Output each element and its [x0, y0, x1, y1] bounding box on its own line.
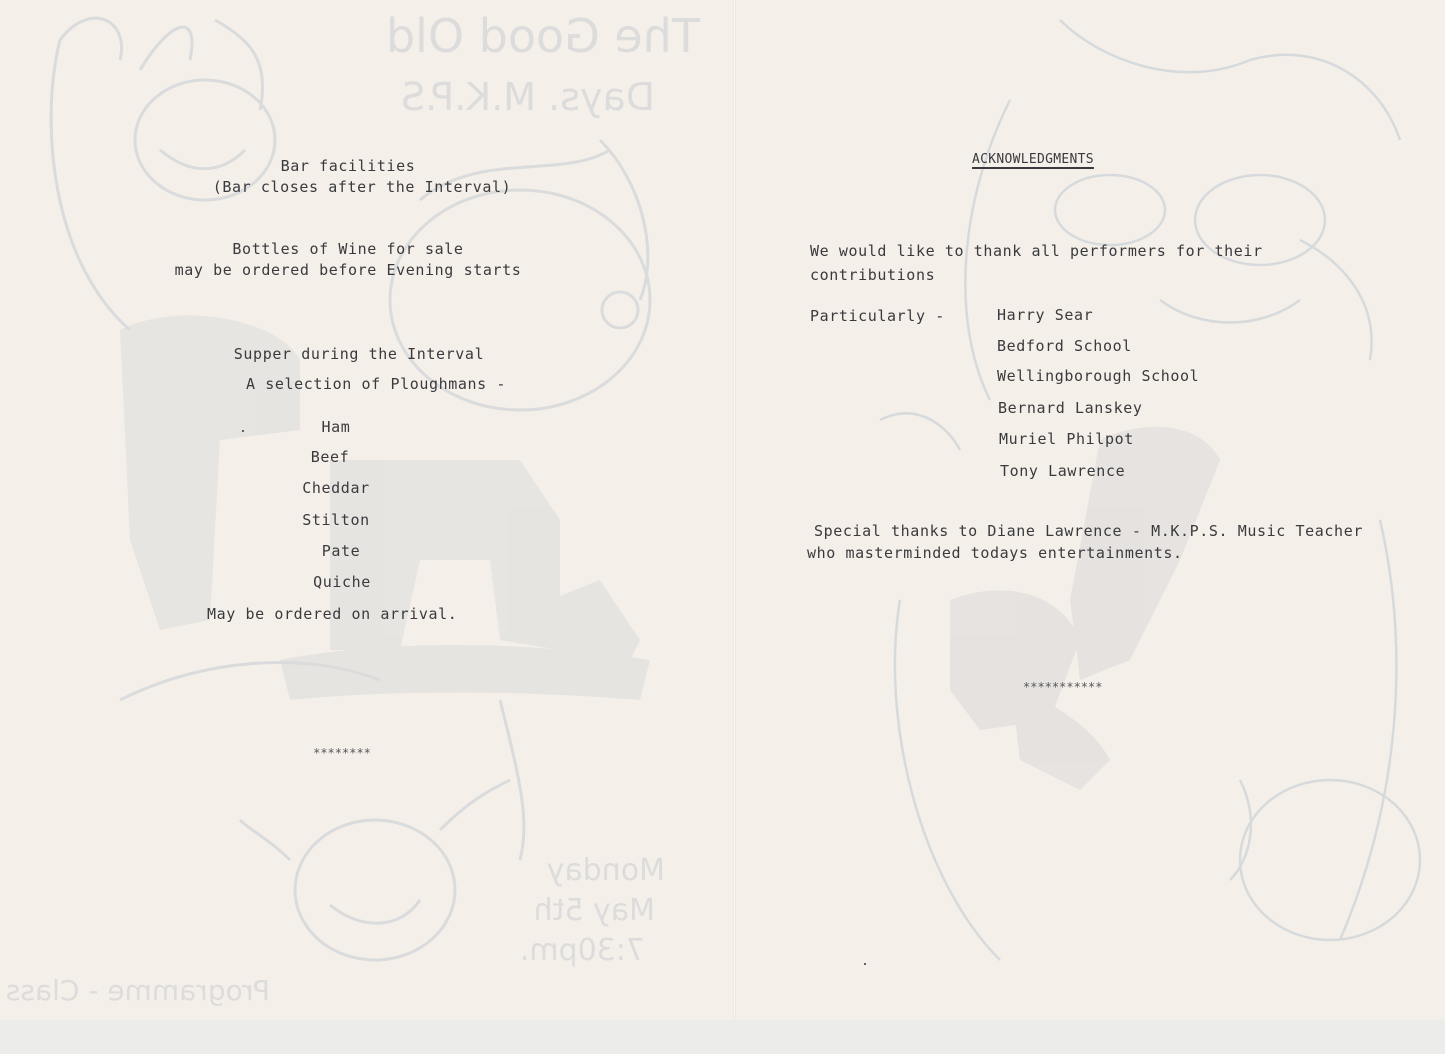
particularly-label: Particularly -	[810, 306, 945, 326]
performer-item: Wellingborough School	[997, 366, 1199, 386]
performer-item: Muriel Philpot	[999, 429, 1134, 449]
ink-speck	[242, 430, 244, 432]
intro-line-2: contributions	[810, 265, 935, 285]
performer-item: Tony Lawrence	[1000, 461, 1125, 481]
programme-sheet: The Good Old Days. M.K.P.S Monday May 5t…	[0, 0, 1445, 1020]
wine-line-2: may be ordered before Evening starts	[175, 260, 522, 280]
supper-item: Pate	[322, 541, 361, 561]
acknowledgments-heading: ACKNOWLEDGMENTS	[972, 150, 1094, 170]
special-thanks-line-1: Special thanks to Diane Lawrence - M.K.P…	[814, 521, 1363, 541]
wine-line-1: Bottles of Wine for sale	[232, 239, 463, 259]
right-page: ACKNOWLEDGMENTS We would like to thank a…	[736, 0, 1445, 1020]
performer-item: Bedford School	[997, 336, 1132, 356]
ink-speck	[864, 963, 866, 965]
supper-item: Stilton	[302, 510, 369, 530]
bar-title: Bar facilities	[281, 156, 416, 176]
supper-title: Supper during the Interval	[234, 344, 484, 364]
intro-line-1: We would like to thank all performers fo…	[810, 241, 1263, 261]
bar-note: (Bar closes after the Interval)	[213, 177, 512, 197]
supper-item: Quiche	[313, 572, 371, 592]
supper-footer: May be ordered on arrival.	[207, 604, 457, 624]
special-thanks-line-2: who masterminded todays entertainments.	[807, 543, 1183, 563]
supper-item: Beef	[311, 447, 350, 467]
left-divider: ********	[313, 743, 371, 763]
supper-subtitle: A selection of Ploughmans -	[246, 374, 506, 394]
supper-item: Cheddar	[302, 478, 369, 498]
performer-item: Harry Sear	[997, 305, 1093, 325]
right-divider: ***********	[1023, 677, 1102, 697]
left-page: Bar facilities (Bar closes after the Int…	[0, 0, 733, 1020]
supper-item: Ham	[322, 417, 351, 437]
performer-item: Bernard Lanskey	[998, 398, 1142, 418]
